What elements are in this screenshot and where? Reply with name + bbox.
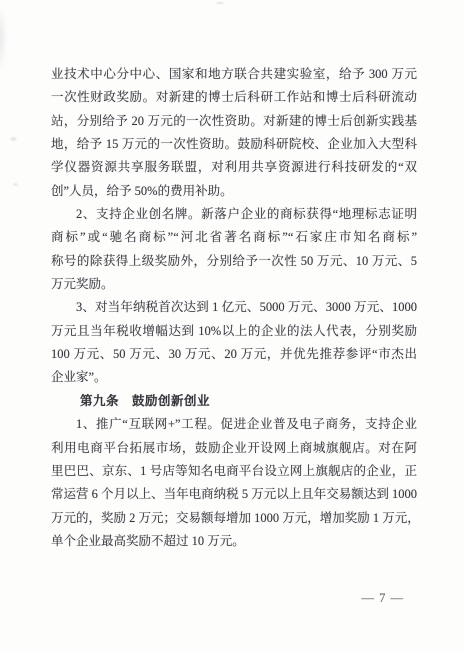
- text-line: 一次性财政奖励。对新建的博士后科研工作站和博士后科研流动: [51, 86, 417, 109]
- text-line: 企业家”。: [51, 366, 417, 389]
- text-line: 1、推广“互联网+”工程。促进企业普及电子商务，支持企业: [51, 413, 417, 436]
- text-line: 3、对当年纳税首次达到 1 亿元、5000 万元、3000 万元、1000: [51, 296, 417, 319]
- text-line: 里巴巴、京东、1 号店等知名电商平台设立网上旗舰店的企业，正: [51, 460, 417, 483]
- scan-smudge: [0, 4, 6, 74]
- page-number: — 7 —: [362, 591, 405, 606]
- section-heading: 第九条 鼓励创新创业: [51, 390, 417, 413]
- document-body: 业技术中心分中心、国家和地方联合共建实验室，给予 300 万元 一次性财政奖励。…: [51, 63, 417, 553]
- text-line: 单个企业最高奖励不超过 10 万元。: [51, 530, 417, 553]
- text-line: 业技术中心分中心、国家和地方联合共建实验室，给予 300 万元: [51, 63, 417, 86]
- text-line: 地，给予 15 万元的一次性资助。鼓励科研院校、企业加入大型科: [51, 133, 417, 156]
- text-line: 万元奖励。: [51, 273, 417, 296]
- text-line: 常运营 6 个月以上、当年电商纳税 5 万元以上且年交易额达到 1000: [51, 483, 417, 506]
- text-line: 商标”或“驰名商标”“河北省著名商标”“石家庄市知名商标”: [51, 226, 417, 249]
- text-line: 2、支持企业创名牌。新落户企业的商标获得“地理标志证明: [51, 203, 417, 226]
- text-line: 万元且当年税收增幅达到 10%以上的企业的法人代表，分别奖励: [51, 320, 417, 343]
- text-line: 创”人员，给予 50%的费用补助。: [51, 180, 417, 203]
- text-line: 100 万元、50 万元、30 万元、20 万元，并优先推荐参评“市杰出: [51, 343, 417, 366]
- text-line: 利用电商平台拓展市场，鼓励企业开设网上商城旗舰店。对在阿: [51, 437, 417, 460]
- scan-speck: [12, 182, 19, 187]
- scan-speck: [9, 136, 18, 142]
- scan-speck: [214, 1, 226, 5]
- document-page: 业技术中心分中心、国家和地方联合共建实验室，给予 300 万元 一次性财政奖励。…: [0, 0, 464, 652]
- text-line: 站，分别给予 20 万元的一次性资助。对新建的博士后创新实践基: [51, 110, 417, 133]
- text-line: 学仪器资源共享服务联盟，对利用共享资源进行科技研发的“双: [51, 156, 417, 179]
- text-line: 称号的除获得上级奖励外，分别给予一次性 50 万元、10 万元、5: [51, 250, 417, 273]
- text-line: 万元的，奖励 2 万元；交易额每增加 1000 万元，增加奖励 1 万元，: [51, 507, 417, 530]
